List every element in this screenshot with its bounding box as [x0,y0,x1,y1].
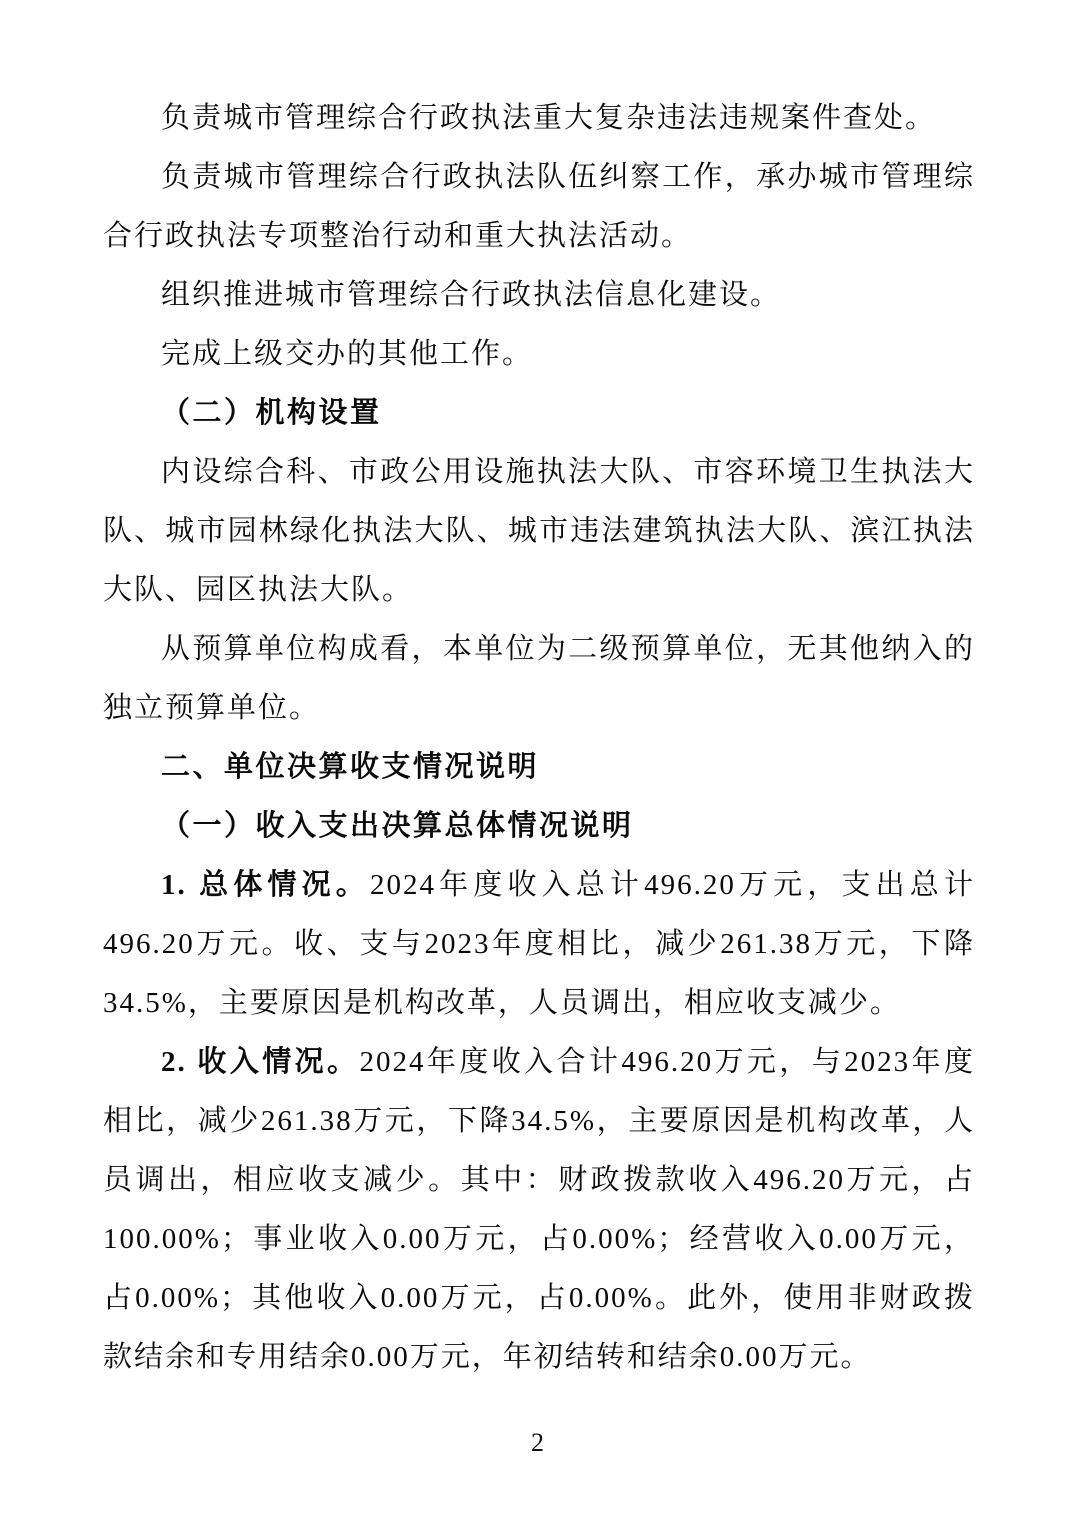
body-paragraph: 组织推进城市管理综合行政执法信息化建设。 [103,266,975,325]
page-number: 2 [0,1428,1075,1458]
paragraph-lead: 2. 收入情况。 [161,1046,359,1078]
body-paragraph: 1. 总体情况。2024年度收入总计496.20万元，支出总计496.20万元。… [103,856,975,1033]
section-heading: （二）机构设置 [103,384,975,443]
body-paragraph: 完成上级交办的其他工作。 [103,325,975,384]
body-paragraph: 负责城市管理综合行政执法重大复杂违法违规案件查处。 [103,89,975,148]
body-paragraph: 2. 收入情况。2024年度收入合计496.20万元，与2023年度相比，减少2… [103,1033,975,1387]
body-paragraph: 负责城市管理综合行政执法队伍纠察工作，承办城市管理综合行政执法专项整治行动和重大… [103,148,975,266]
document-body: 负责城市管理综合行政执法重大复杂违法违规案件查处。负责城市管理综合行政执法队伍纠… [103,89,975,1387]
document-page: 负责城市管理综合行政执法重大复杂违法违规案件查处。负责城市管理综合行政执法队伍纠… [0,0,1075,1520]
body-paragraph: 内设综合科、市政公用设施执法大队、市容环境卫生执法大队、城市园林绿化执法大队、城… [103,443,975,620]
body-paragraph: 从预算单位构成看，本单位为二级预算单位，无其他纳入的独立预算单位。 [103,620,975,738]
section-heading: （一）收入支出决算总体情况说明 [103,797,975,856]
paragraph-lead: 1. 总体情况。 [161,869,370,901]
section-heading: 二、单位决算收支情况说明 [103,738,975,797]
